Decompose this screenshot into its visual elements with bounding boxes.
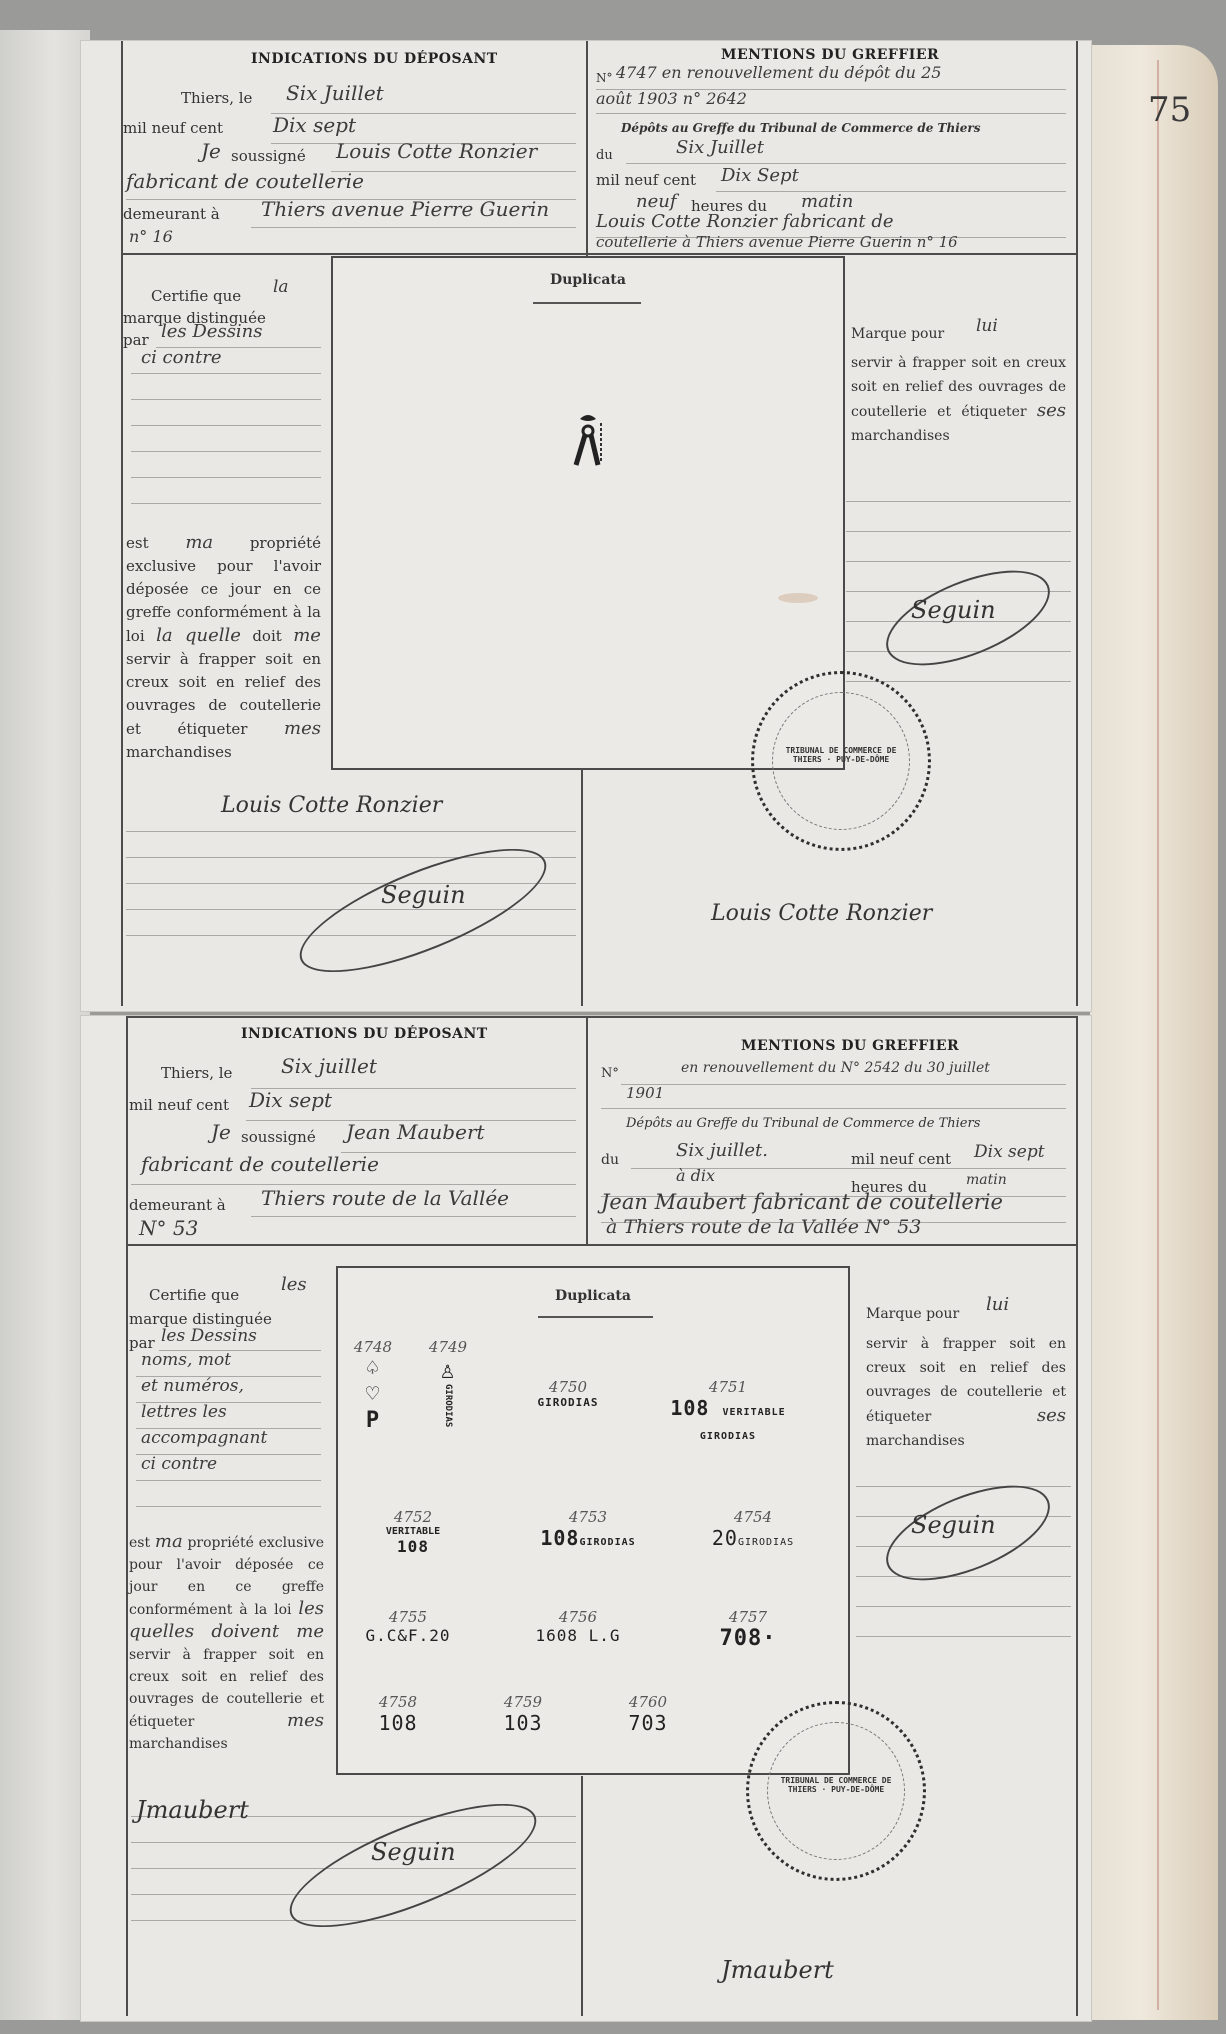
mark-caption: GIRODIAS [443,1384,453,1427]
mark-4753: 4753 108GIRODIAS [518,1508,658,1550]
indications-heading: INDICATIONS DU DÉPOSANT [251,51,498,67]
rule [856,1636,1071,1637]
marque-pour-label: Marque pour [851,326,944,342]
clerk-signature-left: Seguin [371,1838,456,1866]
thiers-le-label: Thiers, le [181,89,252,107]
rule [131,373,321,374]
rule [251,227,576,228]
rule [621,1084,1066,1085]
rule [846,561,1071,562]
pronoun-word: me [296,1621,324,1642]
rule [596,113,1066,114]
mark-stamp: 1608 L.G [518,1626,638,1645]
marque-pour-pronoun: lui [976,316,998,336]
section-divider [126,1244,1076,1246]
section-divider [121,253,1076,255]
verb-word: doit [252,627,281,645]
depositor-address: Thiers route de la Vallée [261,1186,509,1210]
deposit-date: Six Juillet [286,81,384,105]
numero-label: N° [596,71,613,85]
mark-number: 4752 [358,1508,468,1526]
marque-pour-pronoun: lui [986,1294,1009,1315]
mark-caption: GIRODIAS [738,1537,794,1548]
clerk-depositor-line2: coutellerie à Thiers avenue Pierre Gueri… [596,233,958,251]
mark-stamp: GIRODIAS [508,1396,628,1409]
mark-number: 4760 [608,1693,688,1711]
rule [131,399,321,400]
depositor-name: Louis Cotte Ronzier [336,139,537,163]
marchandises-word: marchandises [851,428,950,444]
mil-neuf-cent-label: mil neuf cent [123,119,223,137]
mark-stamp: 108 [358,1537,468,1556]
rule [856,1606,1071,1607]
certifie-article: la [273,277,289,297]
mark-4759: 4759 103 [483,1693,563,1735]
registration-number: 4747 en renouvellement du dépôt du 25 [616,63,941,82]
rule [251,1216,576,1217]
compass-mark-icon [568,413,608,473]
depositor-signature: Louis Cotte Ronzier [221,793,442,818]
soussigne-label: soussigné [231,147,306,165]
duplicata-underline [538,1316,653,1318]
goods-possessive: mes [284,718,321,739]
mark-number: 4758 [358,1693,438,1711]
clerk-depositor-line1: Jean Maubert fabricant de coutellerie [601,1190,1003,1214]
duplicata-underline [533,302,641,304]
rule [131,1184,576,1185]
demeurant-label: demeurant à [123,205,220,223]
rule [626,163,1066,164]
mark-number: 4756 [518,1608,638,1626]
mark-description-1: les Dessins [161,321,263,342]
mark-number: 4751 [658,1378,798,1396]
mark-4756: 4756 1608 L.G [518,1608,638,1645]
column-divider-top [586,1016,588,1246]
mark-number: 4757 [698,1608,798,1626]
marque-pour-text: servir à frapper soit en creux soit en r… [851,351,1066,448]
numero-label: N° [601,1066,619,1081]
clerk-year: Dix Sept [721,165,799,186]
mark-4748: 4748 ♤♡P [348,1338,398,1434]
mark-number: 4750 [508,1378,628,1396]
column-divider-bottom [581,1776,583,2016]
clerk-date: Six juillet. [676,1140,768,1161]
clerk-signature-right: Seguin [911,596,996,624]
rule [126,831,576,832]
rule [601,1108,1066,1109]
mark-4757: 4757 708· [698,1608,798,1651]
depositor-address-number: n° 16 [129,227,173,246]
trademark-stamp [558,413,618,477]
mentions-heading: MENTIONS DU GREFFIER [721,47,939,63]
je-word: Je [211,1120,231,1144]
mark-description-1: les Dessins [161,1326,257,1346]
marque-pour-text: servir à frapper soit en creux soit en r… [866,1332,1066,1453]
ink-stain [778,593,818,603]
rule [131,451,321,452]
form-entry-1: INDICATIONS DU DÉPOSANT Thiers, le Six J… [80,40,1092,1012]
rule [846,501,1071,502]
left-border [126,1016,128,2016]
top-border [126,1016,1076,1018]
je-word: Je [201,139,221,163]
clerk-depositor-line1: Louis Cotte Ronzier fabricant de [596,211,894,232]
mil-neuf-cent-label: mil neuf cent [129,1096,229,1114]
duplicata-box: Duplicata 4748 ♤♡P 4749 ♙ GIRODIAS 4750 … [336,1266,850,1775]
possessive-word: ma [155,1531,183,1552]
rule [856,1576,1071,1577]
depositor-profession: fabricant de coutellerie [141,1152,379,1176]
duplicata-title: Duplicata [338,1288,848,1304]
mark-stamp: 708· [698,1626,798,1651]
mark-stamp-number: 108 [670,1396,709,1420]
marchandises-word: marchandises [126,743,232,761]
goods-pronoun: ses [1037,1405,1066,1426]
depots-label: Dépôts au Greffe du Tribunal de Commerce… [626,1116,980,1131]
right-border [1076,41,1078,1006]
mark-stamp: 20GIRODIAS [688,1526,818,1550]
mark-number: 4748 [348,1338,398,1356]
mark-caption: VERITABLE [358,1526,468,1537]
goods-pronoun: ses [1037,400,1066,421]
property-clause: est ma propriété exclusive pour l'avoir … [126,531,321,764]
thiers-le-label: Thiers, le [161,1064,232,1082]
court-seal: TRIBUNAL DE COMMERCE DE THIERS · PUY-DE-… [746,1701,926,1881]
property-clause: est ma propriété exclusive pour l'avoir … [129,1531,324,1755]
certifie-article: les [281,1274,307,1295]
registration-number-line2: 1901 [626,1084,664,1102]
mark-number: 4749 [423,1338,473,1356]
mil-neuf-cent-label-clerk: mil neuf cent [851,1150,951,1168]
court-seal: TRIBUNAL DE COMMERCE DE THIERS · PUY-DE-… [751,671,931,851]
marque-pour-label: Marque pour [866,1306,959,1322]
rule [131,425,321,426]
mark-description-4: lettres les [141,1402,227,1422]
rule [846,531,1071,532]
column-divider-top [586,41,588,256]
soussigne-label: soussigné [241,1128,316,1146]
seal-text: TRIBUNAL DE COMMERCE DE THIERS · PUY-DE-… [749,1776,923,1794]
mark-stamp-number: 108 [540,1526,579,1550]
mark-number: 4759 [483,1693,563,1711]
registration-number: en renouvellement du N° 2542 du 30 juill… [681,1060,990,1076]
mark-4752: 4752 VERITABLE 108 [358,1508,468,1556]
goods-possessive: mes [287,1710,324,1731]
deposit-year: Dix sept [249,1088,332,1112]
demeurant-label: demeurant à [129,1196,226,1214]
clerk-year: Dix sept [974,1142,1045,1162]
mark-stamp: 703 [608,1711,688,1735]
duplicata-title: Duplicata [333,272,843,288]
red-margin-line [1157,60,1159,2010]
column-divider-bottom [581,761,583,1006]
clerk-date: Six Juillet [676,137,764,158]
bishop-stamp: ♙ [423,1356,473,1384]
mentions-heading: MENTIONS DU GREFFIER [741,1038,959,1054]
mark-stamp-number: 20 [712,1526,738,1550]
clerk-depositor-line2: à Thiers route de la Vallée N° 53 [606,1216,921,1238]
depositor-signature-right: Jmaubert [721,1956,834,1984]
page-number: 75 [1148,90,1191,130]
registration-number-line2: août 1903 n° 2642 [596,89,747,108]
clerk-period: matin [966,1172,1007,1188]
deposit-year: Dix sept [273,113,356,137]
mark-number: 4753 [518,1508,658,1526]
mark-number: 4755 [353,1608,463,1626]
mark-4760: 4760 703 [608,1693,688,1735]
mark-caption: GIRODIAS [579,1537,635,1548]
rule [716,191,1066,192]
marchandises-word: marchandises [129,1736,228,1752]
certifie-label: Certifie que [151,287,241,305]
rule [136,1506,321,1507]
du-label: du [601,1152,619,1168]
rule [856,1486,1071,1487]
mark-4758: 4758 108 [358,1693,438,1735]
mark-4754: 4754 20GIRODIAS [688,1508,818,1550]
mark-stamp: 108 [358,1711,438,1735]
form-entry-2: INDICATIONS DU DÉPOSANT Thiers, le Six j… [80,1015,1092,2022]
mark-4755: 4755 G.C&F.20 [353,1608,463,1645]
right-border [1076,1016,1078,2016]
mark-description-2: ci contre [141,347,222,368]
seal-text: TRIBUNAL DE COMMERCE DE THIERS · PUY-DE-… [754,746,928,764]
marchandises-word: marchandises [866,1433,965,1449]
possessive-word: ma [185,532,213,553]
clerk-signature-flourish-left [286,824,560,996]
rule [136,1480,321,1481]
rule [331,171,576,172]
depositor-signature: Jmaubert [136,1796,249,1824]
rule [131,477,321,478]
mark-stamp: G.C&F.20 [353,1626,463,1645]
pronoun-word: me [293,625,321,646]
mark-stamp: 108GIRODIAS [518,1526,658,1550]
mark-caption: VERITABLE GIRODIAS [700,1407,786,1442]
mark-description-5: accompagnant [141,1428,267,1448]
clerk-signature-left: Seguin [381,881,466,909]
verb-word: doivent [211,1621,279,1642]
mark-4751: 4751 108 VERITABLE GIRODIAS [658,1378,798,1444]
depots-label: Dépôts au Greffe du Tribunal de Commerce… [621,121,980,135]
depositor-address-number: N° 53 [139,1216,198,1240]
mil-neuf-cent-label-clerk: mil neuf cent [596,171,696,189]
est-word: est [129,1535,150,1551]
book-left-edge [0,30,90,2020]
deposit-date: Six juillet [281,1054,377,1078]
mark-stamp: 108 VERITABLE GIRODIAS [658,1396,798,1444]
mark-description-6: ci contre [141,1454,217,1474]
du-label: du [596,148,613,163]
mark-stamp: 103 [483,1711,563,1735]
mark-4750: 4750 GIRODIAS [508,1378,628,1409]
depositor-profession: fabricant de coutellerie [126,169,364,193]
mark-number: 4754 [688,1508,818,1526]
duplicata-box: Duplicata [331,256,845,770]
clerk-hour: à dix [676,1166,715,1185]
certifie-label: Certifie que [149,1286,239,1304]
marque-pour-rest: servir à frapper soit en creux soit en r… [851,355,1066,420]
indications-heading: INDICATIONS DU DÉPOSANT [241,1026,488,1042]
spade-heart-p-stamp: ♤♡P [348,1356,398,1434]
clerk-signature-right: Seguin [911,1511,996,1539]
clerk-period: matin [801,191,853,212]
left-border [121,41,123,1006]
est-word: est [126,534,149,552]
mark-description-2: noms, mot [141,1350,231,1370]
rule [131,503,321,504]
relative-word: la quelle [156,625,241,646]
page-right-margin [1090,45,1218,2020]
depositor-address: Thiers avenue Pierre Guerin [261,197,549,221]
mark-4749: 4749 ♙ GIRODIAS [423,1338,473,1427]
depositor-signature-right: Louis Cotte Ronzier [711,901,932,926]
mark-description-3: et numéros, [141,1376,244,1396]
depositor-name: Jean Maubert [346,1120,485,1144]
clerk-hour: neuf [636,191,677,212]
